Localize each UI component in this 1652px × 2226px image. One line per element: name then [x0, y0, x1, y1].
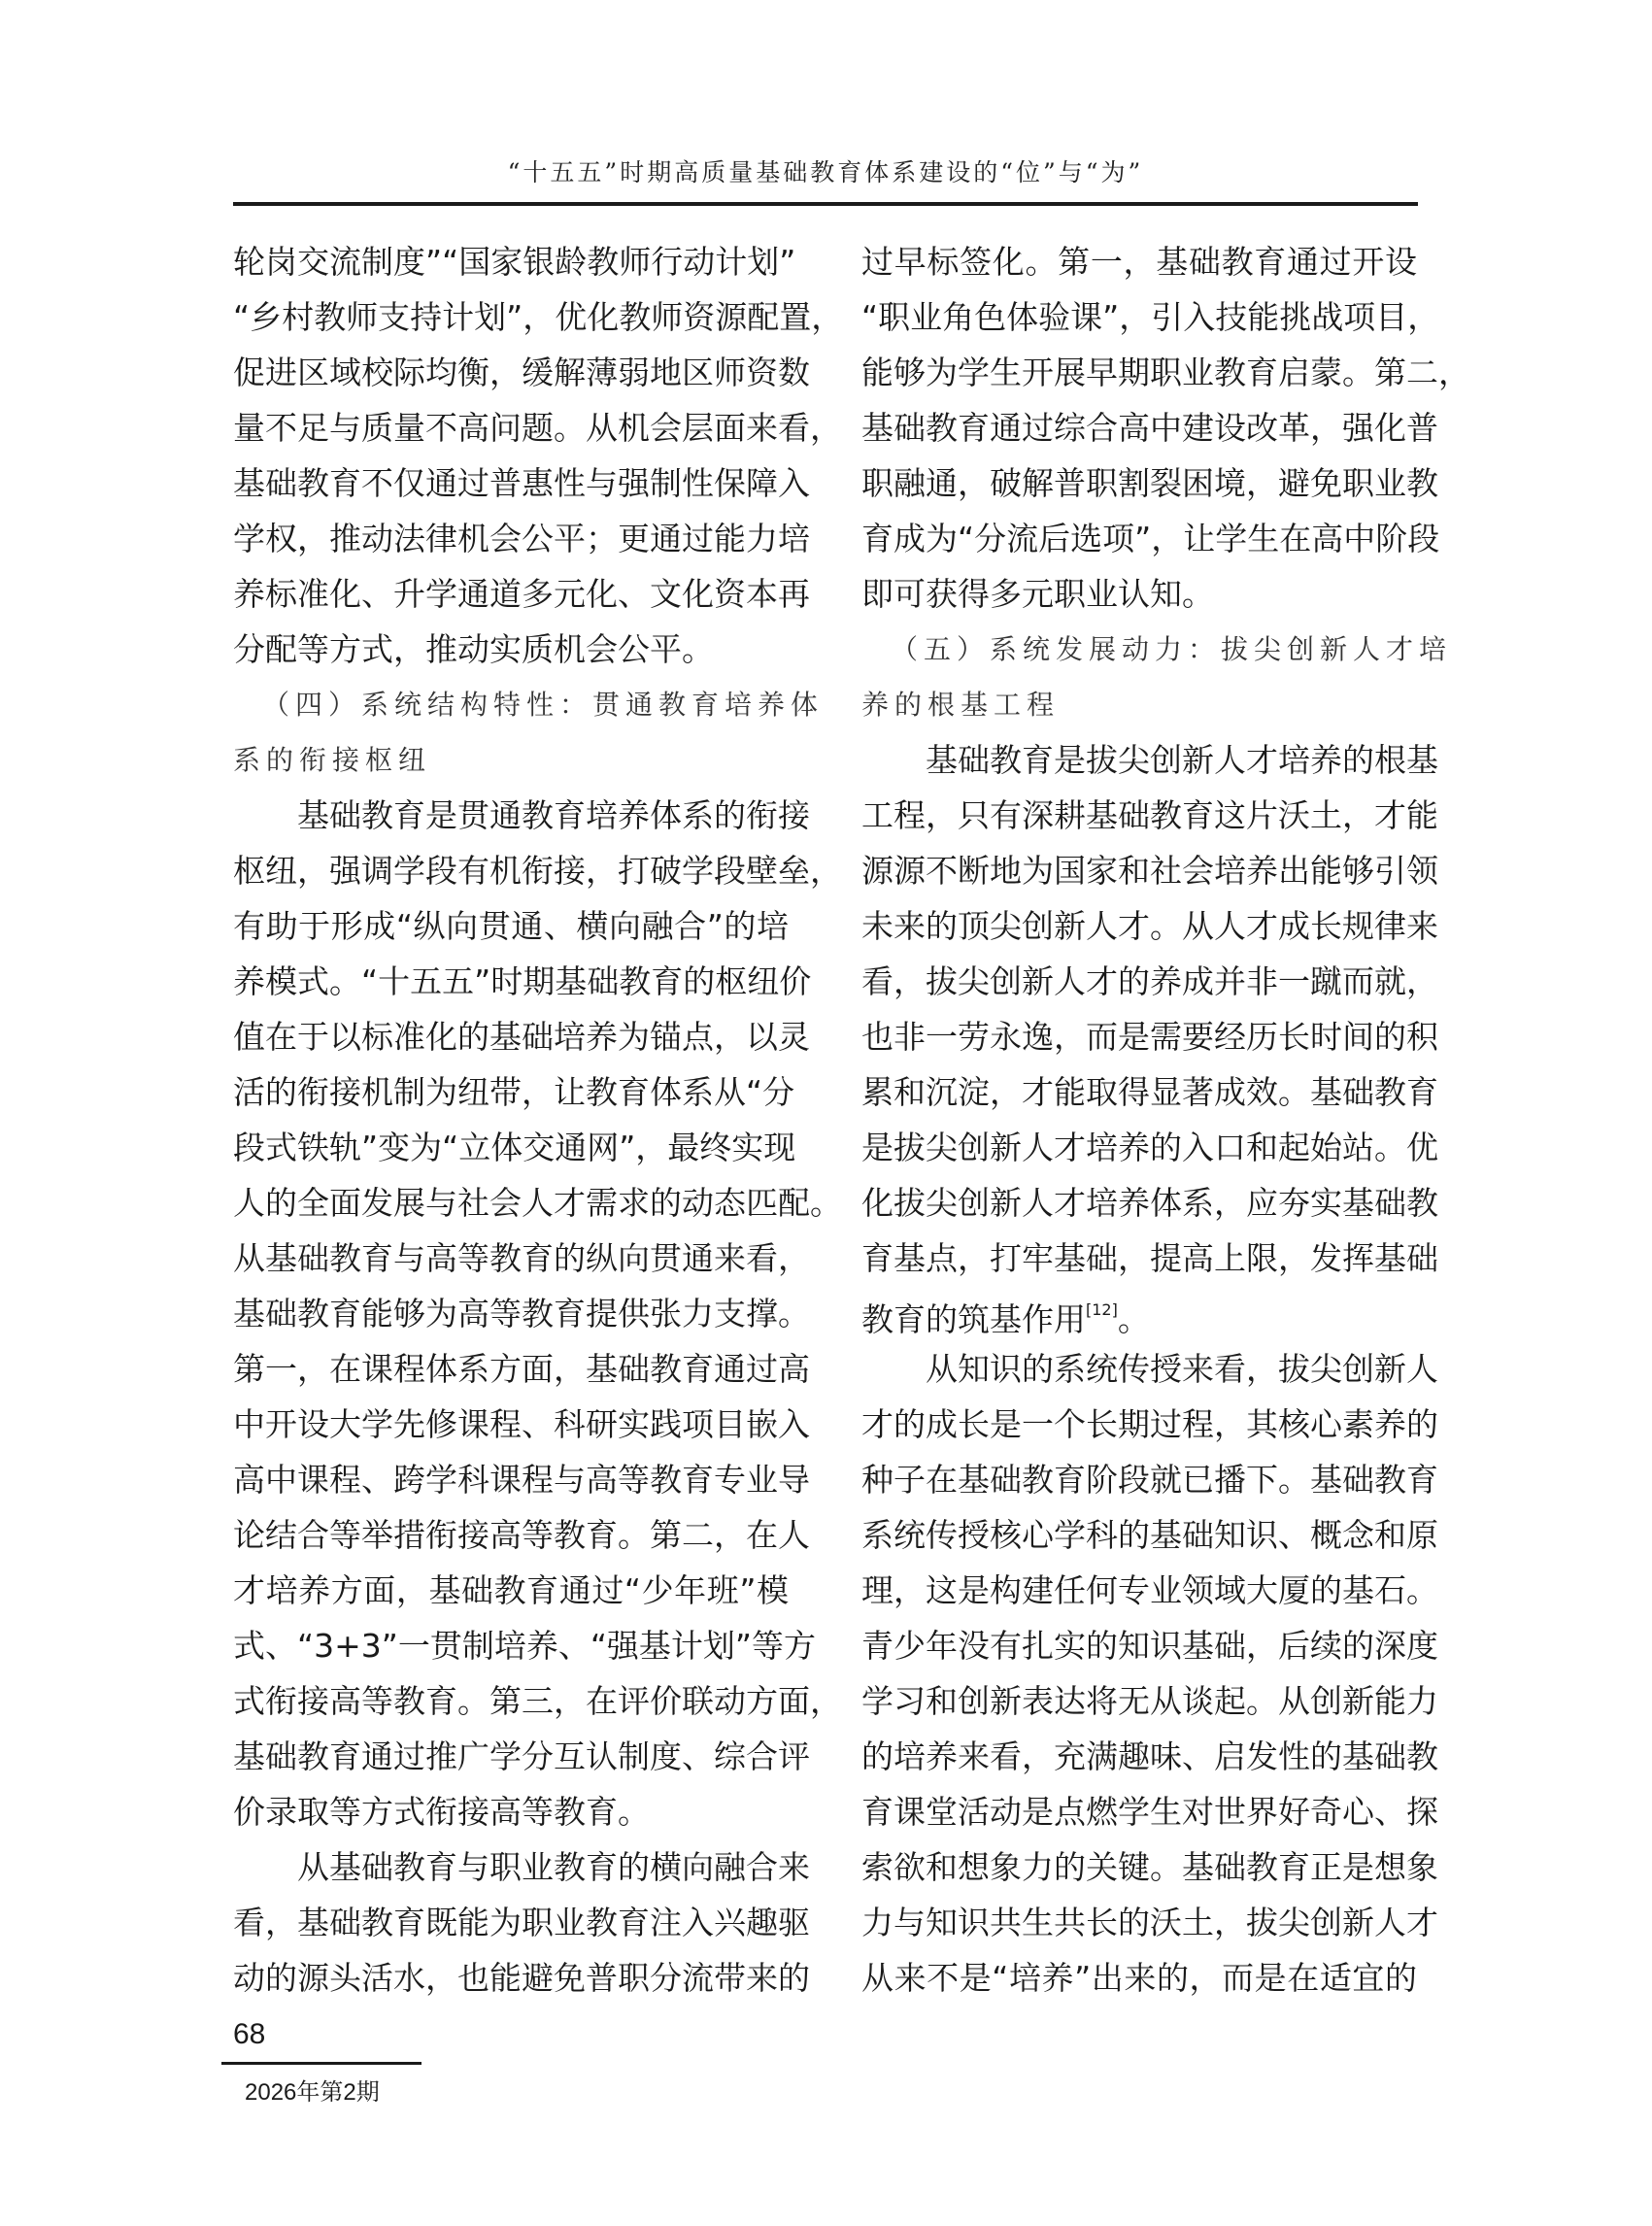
section-heading-5: （五）系统发展动力：拔尖创新人才培 养的根基工程 [861, 630, 1417, 741]
text-line: 青少年没有扎实的知识基础，后续的深度 [861, 1627, 1417, 1682]
text-line: 看，拔尖创新人才的养成并非一蹴而就， [861, 962, 1417, 1018]
text-line: 育成为“分流后选项”，让学生在高中阶段 [861, 520, 1417, 575]
heading-line: 系的衔接枢纽 [233, 741, 789, 796]
text-line: 索欲和想象力的关键。基础教育正是想象 [861, 1848, 1417, 1904]
text-line: 基础教育是贯通教育培养体系的衔接 [233, 796, 789, 852]
text-line: “职业角色体验课”，引入技能挑战项目， [861, 298, 1417, 354]
text-line: 促进区域校际均衡，缓解薄弱地区师资数 [233, 354, 789, 409]
text-line: 从来不是“培养”出来的，而是在适宜的 [861, 1959, 1417, 2014]
text-line: 动的源头活水，也能避免普职分流带来的 [233, 1959, 789, 2014]
paragraph: 从知识的系统传授来看，拔尖创新人 才的成长是一个长期过程，其核心素养的 种子在基… [861, 1350, 1417, 2014]
text-line-with-citation: 教育的筑基作用[12]。 [861, 1295, 1417, 1350]
text-line: 的培养来看，充满趣味、启发性的基础教 [861, 1737, 1417, 1793]
text-line: 活的衔接机制为纽带，让教育体系从“分 [233, 1073, 789, 1129]
paragraph: 轮岗交流制度”“国家银龄教师行动计划” “乡村教师支持计划”，优化教师资源配置，… [233, 243, 789, 686]
section-heading-4: （四）系统结构特性：贯通教育培养体 系的衔接枢纽 [233, 686, 789, 796]
text-line: 基础教育是拔尖创新人才培养的根基 [861, 741, 1417, 796]
text-line: 枢纽，强调学段有机衔接，打破学段壁垒， [233, 852, 789, 907]
paragraph: 从基础教育与职业教育的横向融合来 看，基础教育既能为职业教育注入兴趣驱 动的源头… [233, 1848, 789, 2014]
text-line: 累和沉淀，才能取得显著成效。基础教育 [861, 1073, 1417, 1129]
text-line: 能够为学生开展早期职业教育启蒙。第二， [861, 354, 1417, 409]
heading-line: （四）系统结构特性：贯通教育培养体 [233, 686, 789, 741]
text-line: 分配等方式，推动实质机会公平。 [233, 630, 789, 686]
text-line: 养标准化、升学通道多元化、文化资本再 [233, 575, 789, 630]
text-line: 过早标签化。第一，基础教育通过开设 [861, 243, 1417, 298]
text-line: 式、“3+3”一贯制培养、“强基计划”等方 [233, 1627, 789, 1682]
text-line: 价录取等方式衔接高等教育。 [233, 1793, 789, 1848]
text-line: 未来的顶尖创新人才。从人才成长规律来 [861, 907, 1417, 962]
text-line: 学习和创新表达将无从谈起。从创新能力 [861, 1682, 1417, 1737]
page-number: 68 [233, 2018, 265, 2051]
text-line: 理，这是构建任何专业领域大厦的基石。 [861, 1571, 1417, 1627]
text-line: 式衔接高等教育。第三，在评价联动方面， [233, 1682, 789, 1737]
text-line: 从基础教育与职业教育的横向融合来 [233, 1848, 789, 1904]
text-line: 即可获得多元职业认知。 [861, 575, 1417, 630]
text-line: 种子在基础教育阶段就已播下。基础教育 [861, 1461, 1417, 1516]
heading-line: 养的根基工程 [861, 686, 1417, 741]
text-fragment: 。 [1118, 1300, 1150, 1338]
right-column: 过早标签化。第一，基础教育通过开设 “职业角色体验课”，引入技能挑战项目， 能够… [861, 243, 1417, 2014]
header-rule [233, 202, 1418, 206]
text-line: 从基础教育与高等教育的纵向贯通来看， [233, 1239, 789, 1295]
paragraph: 基础教育是贯通教育培养体系的衔接 枢纽，强调学段有机衔接，打破学段壁垒， 有助于… [233, 796, 789, 1848]
text-line: 也非一劳永逸，而是需要经历长时间的积 [861, 1018, 1417, 1073]
issue-label: 2026年第2期 [245, 2073, 380, 2107]
text-line: 工程，只有深耕基础教育这片沃土，才能 [861, 796, 1417, 852]
text-line: 中开设大学先修课程、科研实践项目嵌入 [233, 1405, 789, 1461]
text-line: 基础教育不仅通过普惠性与强制性保障入 [233, 464, 789, 520]
text-fragment: 教育的筑基作用 [861, 1300, 1086, 1338]
text-line: “乡村教师支持计划”，优化教师资源配置， [233, 298, 789, 354]
text-line: 基础教育通过推广学分互认制度、综合评 [233, 1737, 789, 1793]
text-line: 职融通，破解普职割裂困境，避免职业教 [861, 464, 1417, 520]
text-line: 力与知识共生共长的沃土，拔尖创新人才 [861, 1904, 1417, 1959]
text-line: 育基点，打牢基础，提高上限，发挥基础 [861, 1239, 1417, 1295]
text-line: 段式铁轨”变为“立体交通网”，最终实现 [233, 1129, 789, 1184]
left-column: 轮岗交流制度”“国家银龄教师行动计划” “乡村教师支持计划”，优化教师资源配置，… [233, 243, 789, 2014]
text-line: 育课堂活动是点燃学生对世界好奇心、探 [861, 1793, 1417, 1848]
text-line: 值在于以标准化的基础培养为锚点，以灵 [233, 1018, 789, 1073]
paragraph: 过早标签化。第一，基础教育通过开设 “职业角色体验课”，引入技能挑战项目， 能够… [861, 243, 1417, 630]
text-line: 量不足与质量不高问题。从机会层面来看， [233, 409, 789, 464]
text-line: 才培养方面，基础教育通过“少年班”模 [233, 1571, 789, 1627]
text-line: 论结合等举措衔接高等教育。第二，在人 [233, 1516, 789, 1571]
text-line: 学权，推动法律机会公平；更通过能力培 [233, 520, 789, 575]
heading-line: （五）系统发展动力：拔尖创新人才培 [861, 630, 1417, 686]
paragraph: 基础教育是拔尖创新人才培养的根基 工程，只有深耕基础教育这片沃土，才能 源源不断… [861, 741, 1417, 1350]
text-line: 从知识的系统传授来看，拔尖创新人 [861, 1350, 1417, 1405]
text-line: 轮岗交流制度”“国家银龄教师行动计划” [233, 243, 789, 298]
text-line: 源源不断地为国家和社会培养出能够引领 [861, 852, 1417, 907]
text-line: 养模式。“十五五”时期基础教育的枢纽价 [233, 962, 789, 1018]
text-line: 才的成长是一个长期过程，其核心素养的 [861, 1405, 1417, 1461]
text-line: 看，基础教育既能为职业教育注入兴趣驱 [233, 1904, 789, 1959]
footer-rule [221, 2062, 421, 2065]
text-line: 基础教育通过综合高中建设改革，强化普 [861, 409, 1417, 464]
text-line: 基础教育能够为高等教育提供张力支撑。 [233, 1295, 789, 1350]
citation-ref[interactable]: [12] [1086, 1300, 1118, 1319]
text-line: 人的全面发展与社会人才需求的动态匹配。 [233, 1184, 789, 1239]
text-line: 化拔尖创新人才培养体系，应夯实基础教 [861, 1184, 1417, 1239]
text-line: 是拔尖创新人才培养的入口和起始站。优 [861, 1129, 1417, 1184]
text-line: 系统传授核心学科的基础知识、概念和原 [861, 1516, 1417, 1571]
text-line: 有助于形成“纵向贯通、横向融合”的培 [233, 907, 789, 962]
running-head: “十五五”时期高质量基础教育体系建设的“位”与“为” [233, 153, 1418, 188]
text-line: 高中课程、跨学科课程与高等教育专业导 [233, 1461, 789, 1516]
text-line: 第一，在课程体系方面，基础教育通过高 [233, 1350, 789, 1405]
